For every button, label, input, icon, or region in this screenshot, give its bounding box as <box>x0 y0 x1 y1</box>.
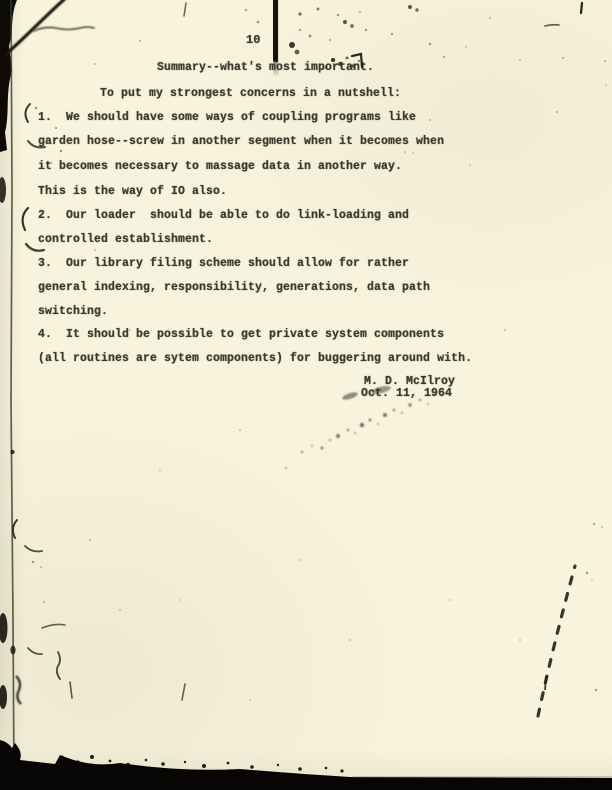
body-line: 3. Our library filing scheme should allo… <box>38 257 409 271</box>
body-line: (all routines are sytem components) for … <box>38 352 472 366</box>
body-line: switching. <box>38 305 108 319</box>
body-line: controlled establishment. <box>38 233 213 247</box>
signature-date: Oct. 11, 1964 <box>361 387 452 401</box>
page-number: 10 <box>246 33 261 47</box>
doc-title: Summary--what's most important. <box>157 61 374 75</box>
body-line: garden hose--screw in another segment wh… <box>38 135 444 149</box>
body-line: This is the way of IO also. <box>38 185 227 199</box>
doc-intro: To put my strongest concerns in a nutshe… <box>100 87 401 101</box>
body-line: 2. Our loader should be able to do link-… <box>38 209 409 223</box>
body-line: it becomes necessary to massage data in … <box>38 160 402 174</box>
body-line: 1. We should have some ways of coupling … <box>38 111 416 125</box>
body-line: general indexing, responsibility, genera… <box>38 281 430 295</box>
scanned-memo-page: 10 Summary--what's most important. To pu… <box>0 0 612 790</box>
body-line: 4. It should be possible to get private … <box>38 328 444 342</box>
